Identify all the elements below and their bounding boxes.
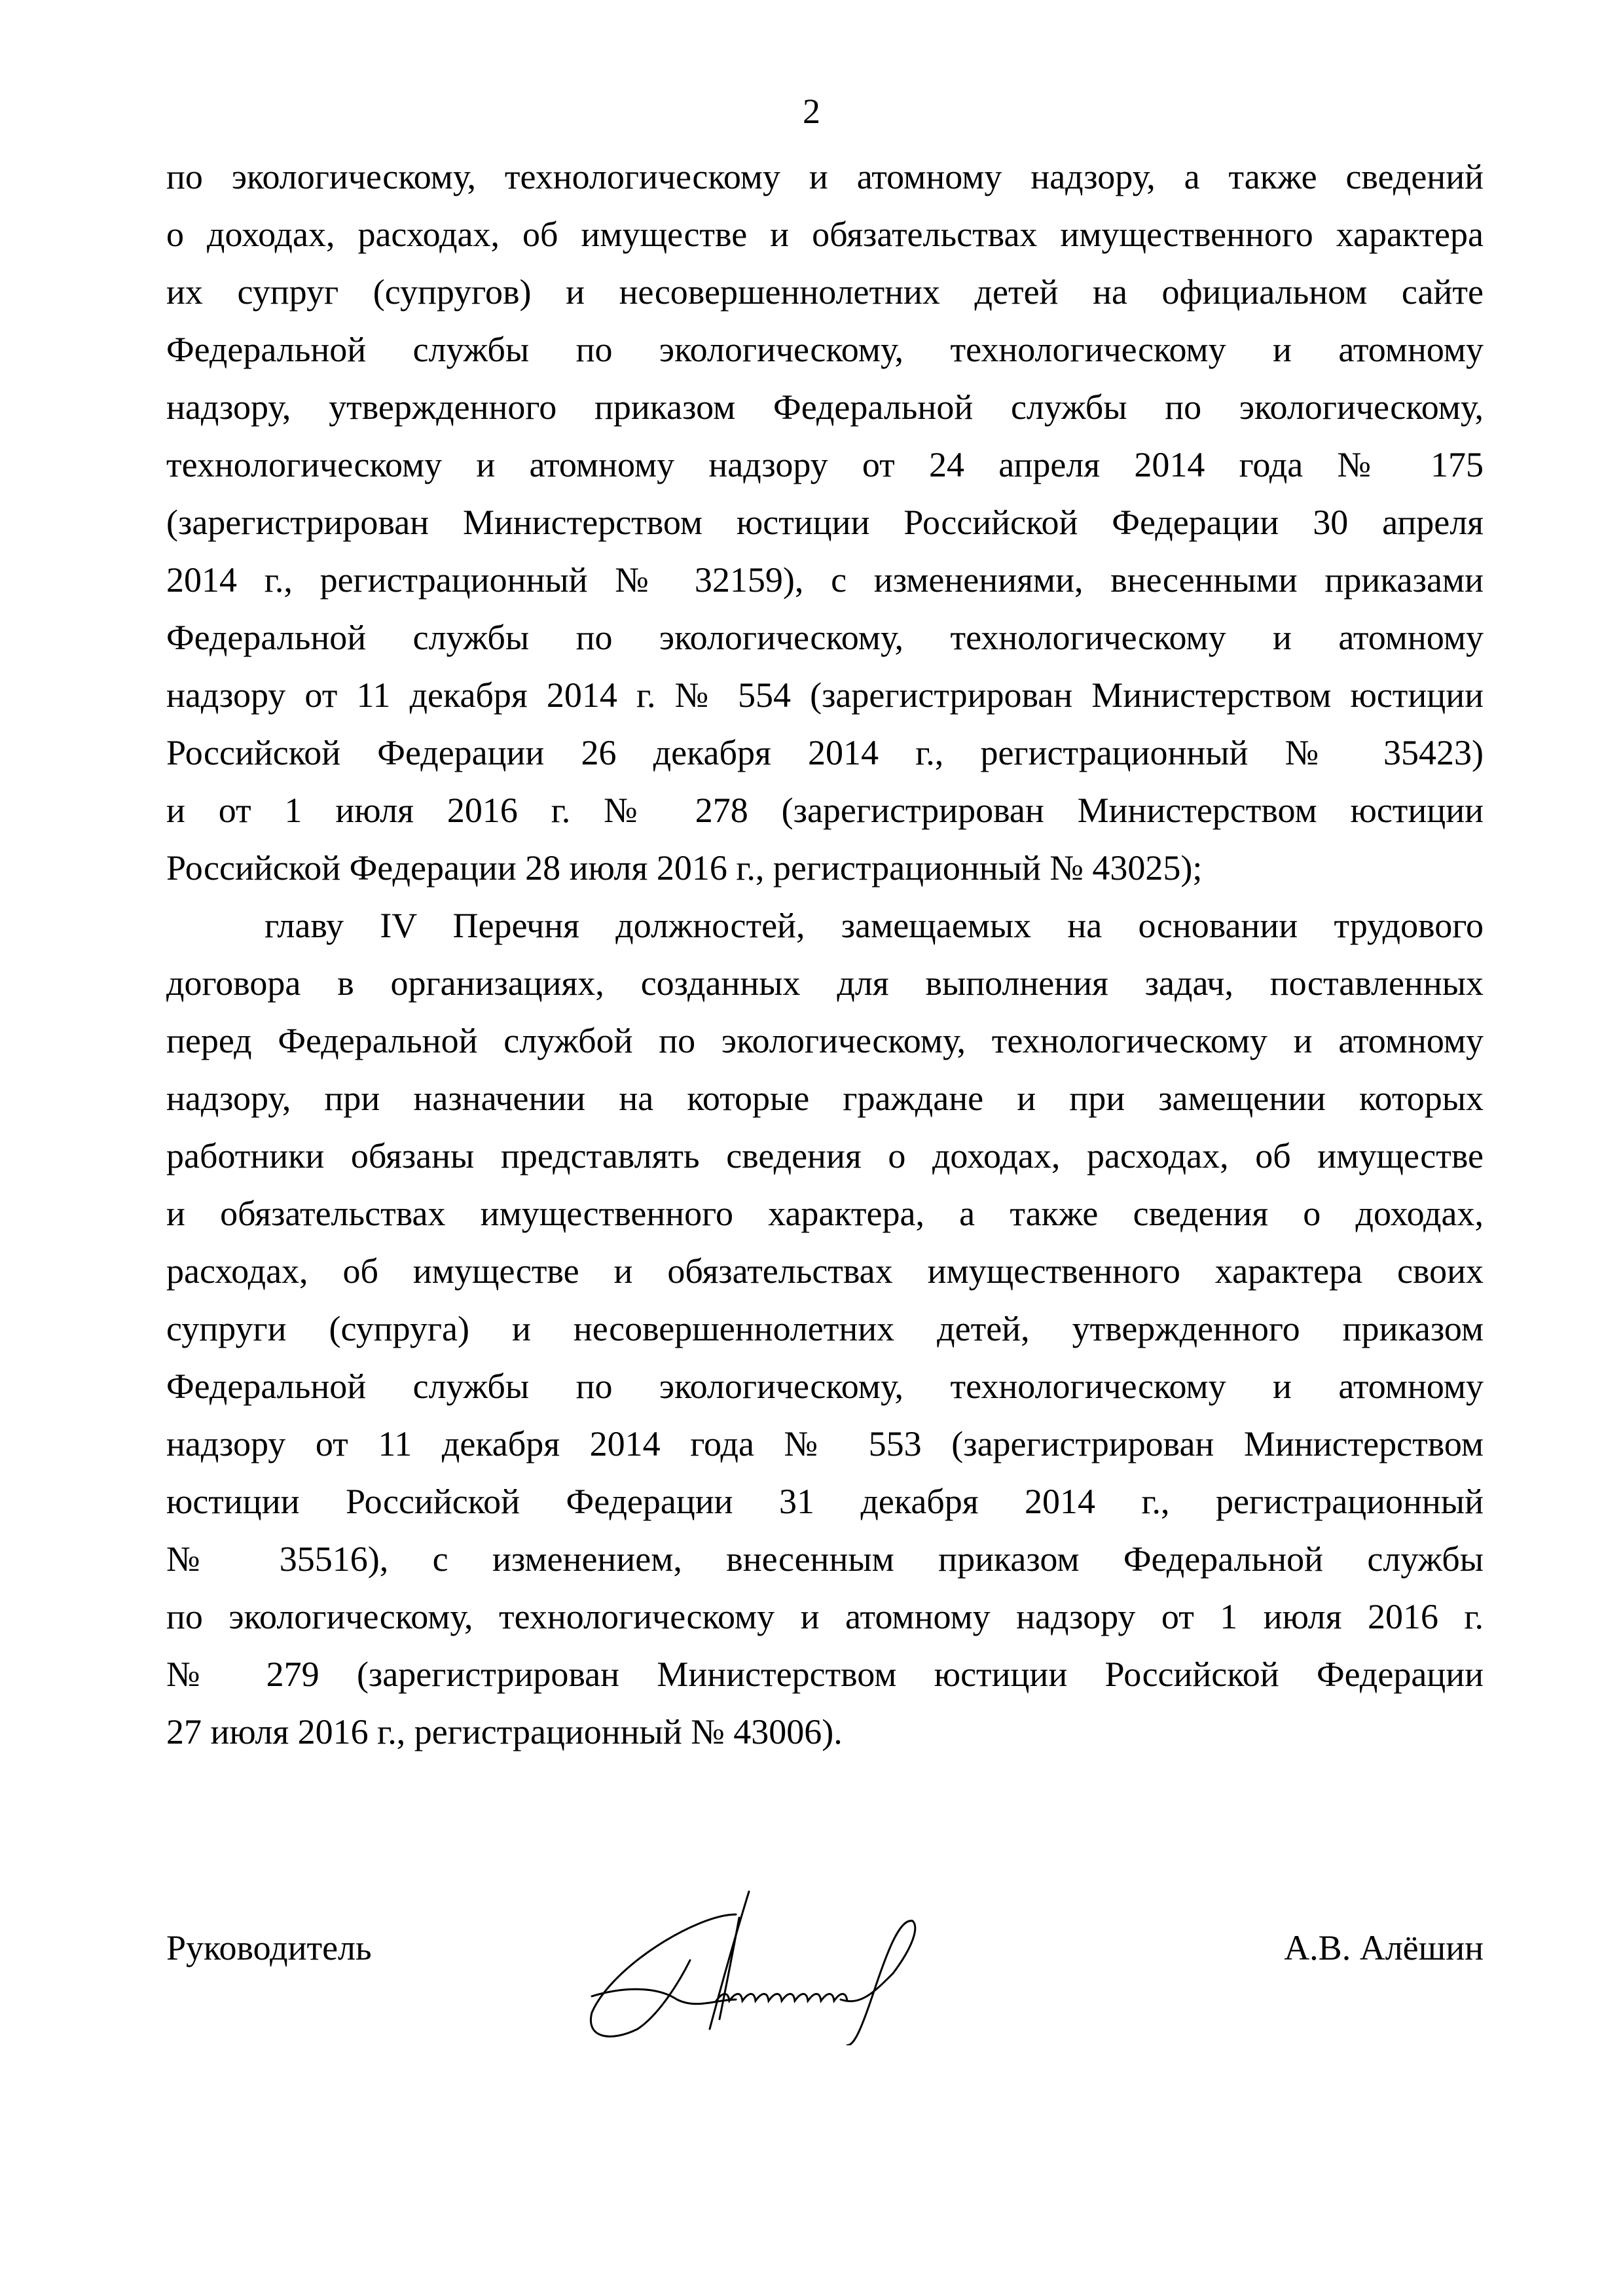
text-line: (зарегистрирован Министерством юстиции Р… (166, 493, 1484, 551)
text-line: 27 июля 2016 г., регистрационный № 43006… (166, 1703, 1484, 1761)
text-line: надзору от 11 декабря 2014 года № 553 (з… (166, 1415, 1484, 1473)
text-line: технологическому и атомному надзору от 2… (166, 436, 1484, 493)
text-line: № 35516), с изменением, внесенным приказ… (166, 1530, 1484, 1588)
text-line: Федеральной службы по экологическому, те… (166, 321, 1484, 378)
text-line: работники обязаны представлять сведения … (166, 1127, 1484, 1185)
text-line: № 279 (зарегистрирован Министерством юст… (166, 1645, 1484, 1703)
text-line: 2014 г., регистрационный № 32159), с изм… (166, 551, 1484, 609)
text-line: Федеральной службы по экологическому, те… (166, 609, 1484, 666)
signature-block: Руководитель А.В. Алёшин (166, 1898, 1484, 2029)
text-line: о доходах, расходах, об имуществе и обяз… (166, 206, 1484, 263)
text-line: по экологическому, технологическому и ат… (166, 148, 1484, 206)
text-line: надзору от 11 декабря 2014 г. № 554 (зар… (166, 666, 1484, 724)
text-line: Федеральной службы по экологическому, те… (166, 1357, 1484, 1415)
signature-icon (585, 1888, 1017, 2045)
paragraph-2: главу IV Перечня должностей, замещаемых … (166, 897, 1484, 1761)
document-page: 2 по экологическому, технологическому и … (0, 0, 1623, 2296)
signatory-title: Руководитель (166, 1928, 372, 1968)
signatory-name: А.В. Алёшин (1284, 1928, 1484, 1968)
text-line: и обязательствах имущественного характер… (166, 1185, 1484, 1242)
paragraph-1: по экологическому, технологическому и ат… (166, 148, 1484, 897)
text-line: их супруг (супругов) и несовершеннолетни… (166, 263, 1484, 321)
text-line: и от 1 июля 2016 г. № 278 (зарегистриров… (166, 781, 1484, 839)
text-line: договора в организациях, созданных для в… (166, 954, 1484, 1012)
page-number: 2 (0, 92, 1623, 131)
text-line: юстиции Российской Федерации 31 декабря … (166, 1473, 1484, 1530)
text-line: Российской Федерации 26 декабря 2014 г.,… (166, 724, 1484, 781)
text-line: по экологическому, технологическому и ат… (166, 1588, 1484, 1645)
text-line: перед Федеральной службой по экологическ… (166, 1012, 1484, 1069)
text-line: главу IV Перечня должностей, замещаемых … (166, 897, 1484, 954)
text-line: Российской Федерации 28 июля 2016 г., ре… (166, 839, 1484, 897)
text-line: надзору, при назначении на которые гражд… (166, 1069, 1484, 1127)
text-line: расходах, об имуществе и обязательствах … (166, 1242, 1484, 1300)
document-body: по экологическому, технологическому и ат… (166, 148, 1484, 1761)
text-line: надзору, утвержденного приказом Федераль… (166, 378, 1484, 436)
text-line: супруги (супруга) и несовершеннолетних д… (166, 1300, 1484, 1357)
